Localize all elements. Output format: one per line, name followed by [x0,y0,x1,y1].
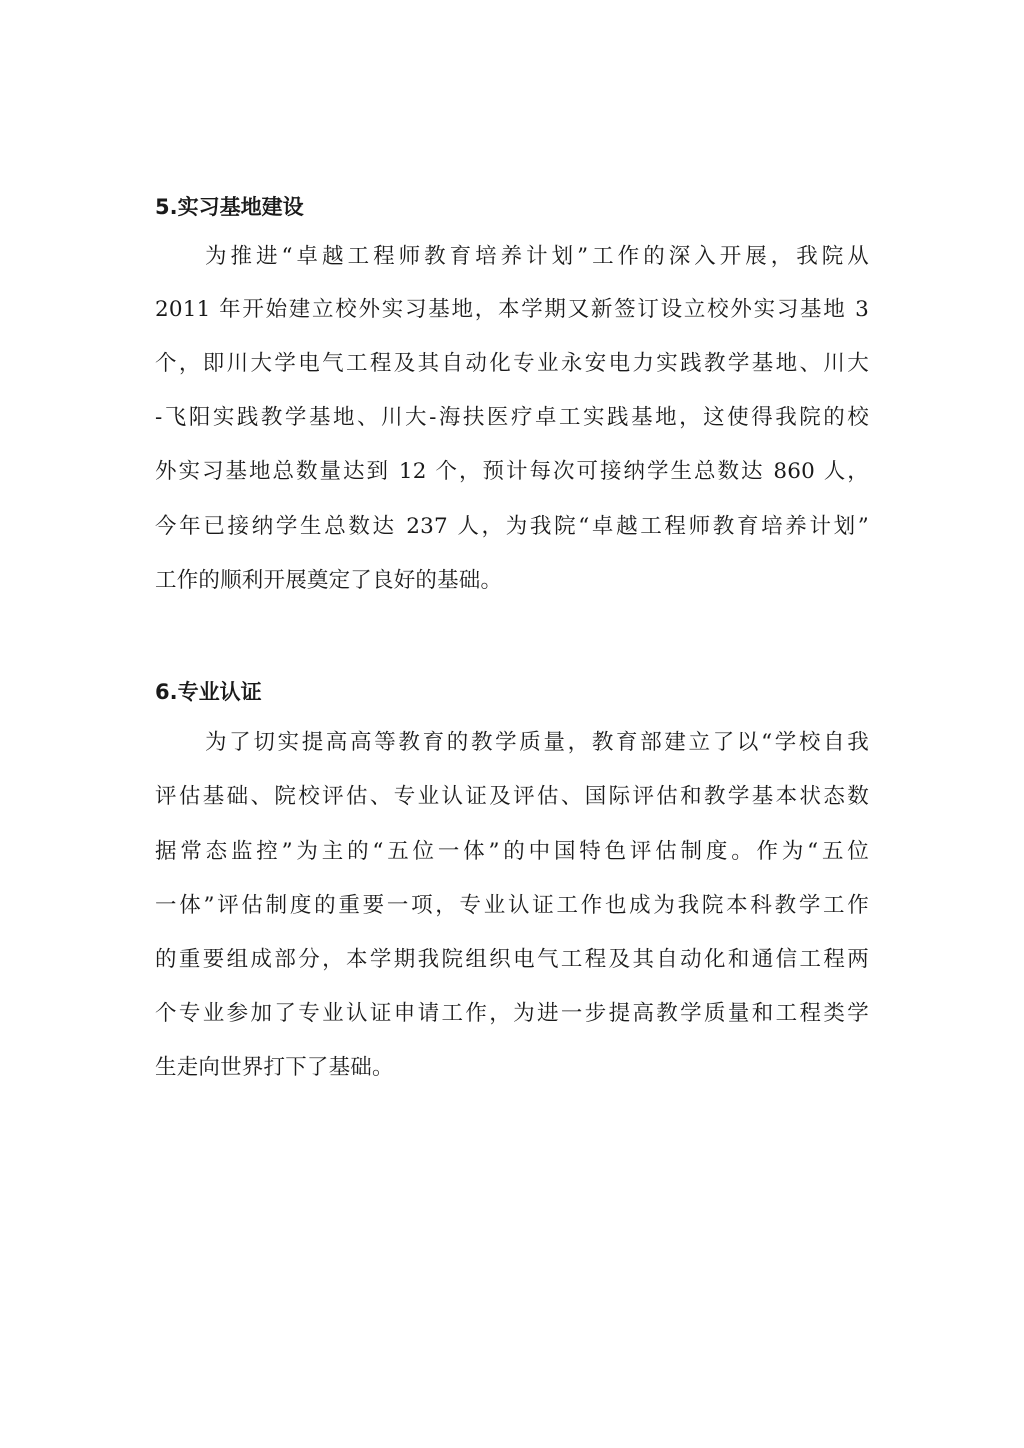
paragraph-line: 为推进“卓越工程师教育培养计划”工作的深入开展，我院从 [205,243,869,271]
paragraph-line: 一体”评估制度的重要一项，专业认证工作也成为我院本科教学工作 [155,892,869,920]
paragraph-line: -飞阳实践教学基地、川大-海扶医疗卓工实践基地，这使得我院的校 [155,404,869,432]
section-heading-accreditation: 6.专业认证 [155,678,262,706]
paragraph-line: 生走向世界打下了基础。 [155,1054,869,1082]
paragraph-line: 评估基础、院校评估、专业认证及评估、国际评估和教学基本状态数 [155,783,869,811]
paragraph-line: 个专业参加了专业认证申请工作，为进一步提高教学质量和工程类学 [155,1000,869,1028]
paragraph-line: 2011 年开始建立校外实习基地，本学期又新签订设立校外实习基地 3 [155,296,869,324]
paragraph-line: 为了切实提高高等教育的教学质量，教育部建立了以“学校自我 [205,729,869,757]
paragraph-line: 工作的顺利开展奠定了良好的基础。 [155,567,869,595]
paragraph-line: 外实习基地总数量达到 12 个，预计每次可接纳学生总数达 860 人， [155,458,869,486]
section-heading-internship-base: 5.实习基地建设 [155,193,304,221]
paragraph-line: 个，即川大学电气工程及其自动化专业永安电力实践教学基地、川大 [155,350,869,378]
paragraph-line: 的重要组成部分，本学期我院组织电气工程及其自动化和通信工程两 [155,946,869,974]
paragraph-line: 据常态监控”为主的“五位一体”的中国特色评估制度。作为“五位 [155,838,869,866]
paragraph-line: 今年已接纳学生总数达 237 人，为我院“卓越工程师教育培养计划” [155,513,869,541]
